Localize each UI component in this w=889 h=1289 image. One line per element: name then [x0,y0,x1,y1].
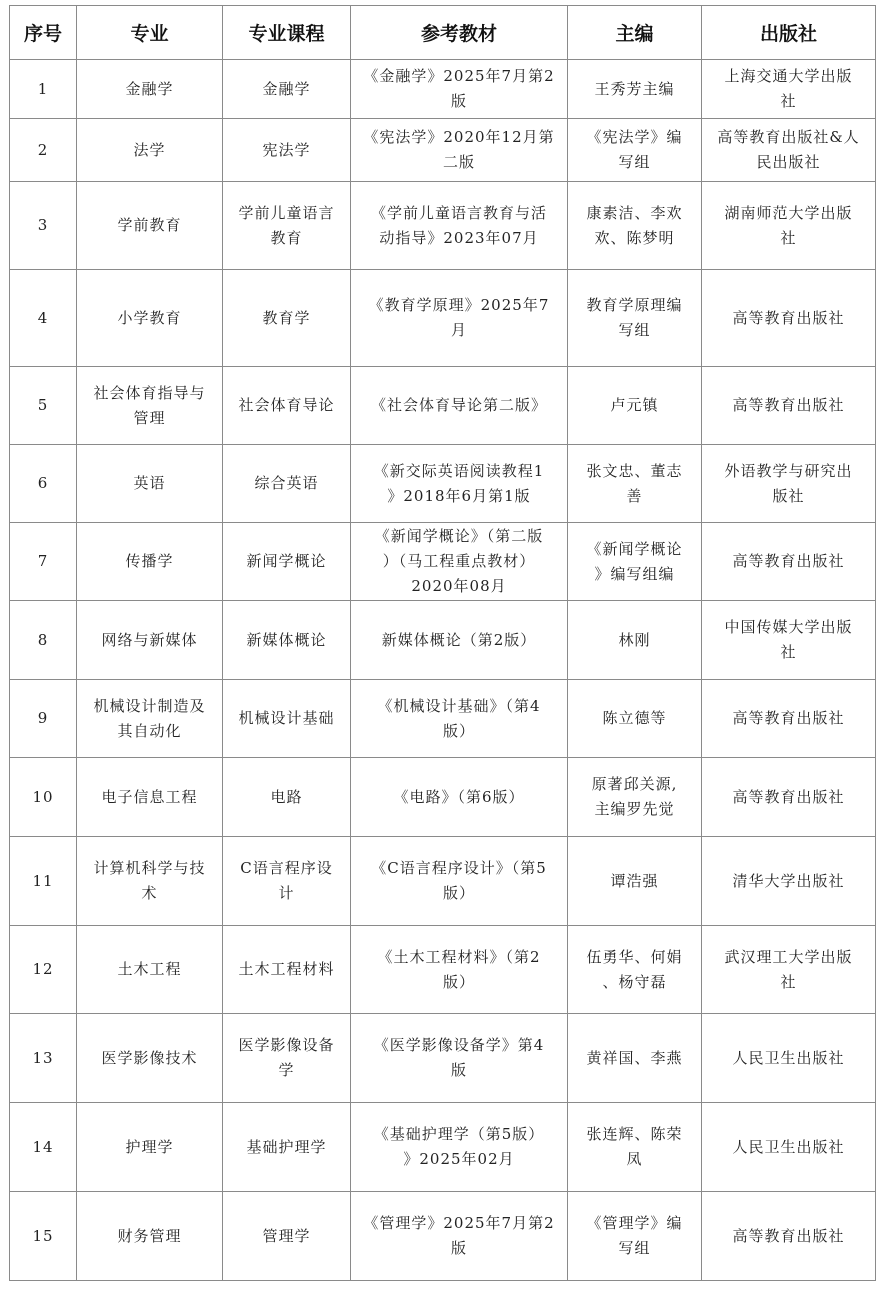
cell-editor: 《宪法学》编写组 [568,119,702,182]
publisher-line: 上海交通大学出版 [704,64,873,89]
cell-course: 电路 [223,758,351,837]
cell-textbook: 《C语言程序设计》（第5版） [351,837,568,926]
course-line: 学前儿童语言 [225,201,348,226]
textbook-line: 新媒体概论（第2版） [353,628,565,653]
course-line: 基础护理学 [225,1135,348,1160]
cell-editor: 原著邱关源,主编罗先觉 [568,758,702,837]
cell-publisher: 高等教育出版社 [702,523,876,601]
cell-serial-no: 6 [10,445,77,523]
cell-course: 新媒体概论 [223,601,351,680]
editor-line: 欢、陈梦明 [570,226,699,251]
publisher-line: 高等教育出版社 [704,1224,873,1249]
editor-line: 原著邱关源, [570,772,699,797]
cell-serial-no: 1 [10,60,77,119]
course-line: 新媒体概论 [225,628,348,653]
publisher-line: 外语教学与研究出 [704,459,873,484]
table-row: 5社会体育指导与管理社会体育导论《社会体育导论第二版》卢元镇高等教育出版社 [10,367,876,445]
editor-line: 谭浩强 [570,869,699,894]
cell-publisher: 中国传媒大学出版社 [702,601,876,680]
course-line: 土木工程材料 [225,957,348,982]
major-line: 术 [79,881,220,906]
textbook-line: 月 [353,318,565,343]
editor-line: 王秀芳主编 [570,77,699,102]
cell-publisher: 高等教育出版社 [702,270,876,367]
header-textbook: 参考教材 [351,6,568,60]
cell-major: 网络与新媒体 [77,601,223,680]
course-line: 学 [225,1058,348,1083]
cell-course: 基础护理学 [223,1103,351,1192]
cell-editor: 陈立德等 [568,680,702,758]
cell-course: 学前儿童语言教育 [223,182,351,270]
cell-publisher: 人民卫生出版社 [702,1014,876,1103]
cell-serial-no: 11 [10,837,77,926]
publisher-line: 高等教育出版社 [704,393,873,418]
cell-publisher: 清华大学出版社 [702,837,876,926]
textbook-line: 2020年08月 [353,574,565,599]
textbook-line: 《宪法学》2020年12月第 [353,125,565,150]
editor-line: 伍勇华、何娟 [570,945,699,970]
course-line: 教育 [225,226,348,251]
publisher-line: 人民卫生出版社 [704,1046,873,1071]
cell-editor: 林刚 [568,601,702,680]
cell-publisher: 高等教育出版社 [702,680,876,758]
textbook-line: 版） [353,881,565,906]
editor-line: 凤 [570,1147,699,1172]
cell-serial-no: 7 [10,523,77,601]
editor-line: 、杨守磊 [570,970,699,995]
major-line: 网络与新媒体 [79,628,220,653]
table-row: 15财务管理管理学《管理学》2025年7月第2版《管理学》编写组高等教育出版社 [10,1192,876,1281]
cell-publisher: 武汉理工大学出版社 [702,926,876,1014]
editor-line: 卢元镇 [570,393,699,418]
cell-editor: 谭浩强 [568,837,702,926]
major-line: 传播学 [79,549,220,574]
table-row: 10电子信息工程电路《电路》（第6版）原著邱关源,主编罗先觉高等教育出版社 [10,758,876,837]
textbook-line: 《新闻学概论》（第二版 [353,524,565,549]
cell-course: 综合英语 [223,445,351,523]
editor-line: 张连辉、陈荣 [570,1122,699,1147]
editor-line: 《管理学》编 [570,1211,699,1236]
cell-editor: 王秀芳主编 [568,60,702,119]
cell-textbook: 《教育学原理》2025年7月 [351,270,568,367]
major-line: 其自动化 [79,719,220,744]
publisher-line: 人民卫生出版社 [704,1135,873,1160]
cell-course: 宪法学 [223,119,351,182]
cell-course: 管理学 [223,1192,351,1281]
course-line: 金融学 [225,77,348,102]
course-line: 机械设计基础 [225,706,348,731]
cell-textbook: 《宪法学》2020年12月第二版 [351,119,568,182]
editor-line: 善 [570,484,699,509]
publisher-line: 民出版社 [704,150,873,175]
table-body: 1金融学金融学《金融学》2025年7月第2版王秀芳主编上海交通大学出版社2法学宪… [10,60,876,1281]
cell-textbook: 《管理学》2025年7月第2版 [351,1192,568,1281]
editor-line: 陈立德等 [570,706,699,731]
cell-publisher: 高等教育出版社 [702,758,876,837]
header-editor: 主编 [568,6,702,60]
cell-publisher: 外语教学与研究出版社 [702,445,876,523]
textbook-line: 版 [353,1236,565,1261]
publisher-line: 中国传媒大学出版 [704,615,873,640]
cell-major: 英语 [77,445,223,523]
textbook-line: 《机械设计基础》（第4 [353,694,565,719]
textbook-line: 《基础护理学（第5版） [353,1122,565,1147]
cell-editor: 张连辉、陈荣凤 [568,1103,702,1192]
cell-course: 金融学 [223,60,351,119]
major-line: 社会体育指导与 [79,381,220,406]
textbook-line: 二版 [353,150,565,175]
cell-serial-no: 13 [10,1014,77,1103]
course-line: 综合英语 [225,471,348,496]
textbook-line: 《电路》（第6版） [353,785,565,810]
course-line: 医学影像设备 [225,1033,348,1058]
cell-serial-no: 4 [10,270,77,367]
editor-line: 林刚 [570,628,699,653]
publisher-line: 高等教育出版社 [704,306,873,331]
course-line: C语言程序设 [225,856,348,881]
textbook-line: 《土木工程材料》（第2 [353,945,565,970]
cell-publisher: 高等教育出版社&人民出版社 [702,119,876,182]
cell-editor: 张文忠、董志善 [568,445,702,523]
header-serial-no: 序号 [10,6,77,60]
cell-textbook: 《金融学》2025年7月第2版 [351,60,568,119]
cell-course: 机械设计基础 [223,680,351,758]
cell-major: 社会体育指导与管理 [77,367,223,445]
editor-line: 康素洁、李欢 [570,201,699,226]
table-row: 9机械设计制造及其自动化机械设计基础《机械设计基础》（第4版）陈立德等高等教育出… [10,680,876,758]
publisher-line: 武汉理工大学出版 [704,945,873,970]
major-line: 医学影像技术 [79,1046,220,1071]
cell-serial-no: 12 [10,926,77,1014]
textbook-line: 《医学影像设备学》第4 [353,1033,565,1058]
major-line: 英语 [79,471,220,496]
cell-editor: 教育学原理编写组 [568,270,702,367]
editor-line: 写组 [570,1236,699,1261]
header-course: 专业课程 [223,6,351,60]
course-line: 教育学 [225,306,348,331]
cell-editor: 《新闻学概论》编写组编 [568,523,702,601]
cell-major: 传播学 [77,523,223,601]
major-line: 电子信息工程 [79,785,220,810]
table-row: 2法学宪法学《宪法学》2020年12月第二版《宪法学》编写组高等教育出版社&人民… [10,119,876,182]
publisher-line: 版社 [704,484,873,509]
cell-major: 小学教育 [77,270,223,367]
editor-line: 教育学原理编 [570,293,699,318]
editor-line: 写组 [570,150,699,175]
major-line: 护理学 [79,1135,220,1160]
cell-editor: 《管理学》编写组 [568,1192,702,1281]
cell-editor: 康素洁、李欢欢、陈梦明 [568,182,702,270]
textbook-line: 《社会体育导论第二版》 [353,393,565,418]
cell-textbook: 《医学影像设备学》第4版 [351,1014,568,1103]
cell-serial-no: 14 [10,1103,77,1192]
cell-course: 新闻学概论 [223,523,351,601]
textbook-line: 《管理学》2025年7月第2 [353,1211,565,1236]
textbook-line: 《新交际英语阅读教程1 [353,459,565,484]
major-line: 法学 [79,138,220,163]
table-row: 7传播学新闻学概论《新闻学概论》（第二版）（马工程重点教材）2020年08月《新… [10,523,876,601]
textbook-line: 版 [353,1058,565,1083]
cell-editor: 伍勇华、何娟、杨守磊 [568,926,702,1014]
header-row: 序号 专业 专业课程 参考教材 主编 出版社 [10,6,876,60]
textbook-line: 》2025年02月 [353,1147,565,1172]
cell-textbook: 《机械设计基础》（第4版） [351,680,568,758]
cell-editor: 卢元镇 [568,367,702,445]
cell-serial-no: 15 [10,1192,77,1281]
cell-textbook: 《新交际英语阅读教程1》2018年6月第1版 [351,445,568,523]
textbook-line: 版） [353,970,565,995]
cell-textbook: 《电路》（第6版） [351,758,568,837]
course-line: 宪法学 [225,138,348,163]
cell-major: 机械设计制造及其自动化 [77,680,223,758]
cell-textbook: 《土木工程材料》（第2版） [351,926,568,1014]
cell-course: C语言程序设计 [223,837,351,926]
table-row: 13医学影像技术医学影像设备学《医学影像设备学》第4版黄祥国、李燕人民卫生出版社 [10,1014,876,1103]
cell-textbook: 新媒体概论（第2版） [351,601,568,680]
table-row: 1金融学金融学《金融学》2025年7月第2版王秀芳主编上海交通大学出版社 [10,60,876,119]
publisher-line: 高等教育出版社&人 [704,125,873,150]
course-line: 计 [225,881,348,906]
course-line: 新闻学概论 [225,549,348,574]
cell-course: 教育学 [223,270,351,367]
cell-course: 社会体育导论 [223,367,351,445]
cell-course: 医学影像设备学 [223,1014,351,1103]
cell-textbook: 《学前儿童语言教育与活动指导》2023年07月 [351,182,568,270]
textbook-line: 》2018年6月第1版 [353,484,565,509]
cell-publisher: 湖南师范大学出版社 [702,182,876,270]
editor-line: 写组 [570,318,699,343]
table-row: 12土木工程土木工程材料《土木工程材料》（第2版）伍勇华、何娟、杨守磊武汉理工大… [10,926,876,1014]
table-row: 6英语综合英语《新交际英语阅读教程1》2018年6月第1版张文忠、董志善外语教学… [10,445,876,523]
cell-publisher: 高等教育出版社 [702,1192,876,1281]
cell-serial-no: 10 [10,758,77,837]
editor-line: 《新闻学概论 [570,537,699,562]
cell-major: 学前教育 [77,182,223,270]
cell-publisher: 上海交通大学出版社 [702,60,876,119]
textbook-line: ）（马工程重点教材） [353,549,565,574]
textbook-line: 版） [353,719,565,744]
publisher-line: 高等教育出版社 [704,549,873,574]
table-row: 14护理学基础护理学《基础护理学（第5版）》2025年02月张连辉、陈荣凤人民卫… [10,1103,876,1192]
publisher-line: 社 [704,970,873,995]
cell-textbook: 《基础护理学（第5版）》2025年02月 [351,1103,568,1192]
cell-major: 金融学 [77,60,223,119]
publisher-line: 社 [704,89,873,114]
cell-textbook: 《新闻学概论》（第二版）（马工程重点教材）2020年08月 [351,523,568,601]
textbook-line: 《金融学》2025年7月第2 [353,64,565,89]
textbook-table: 序号 专业 专业课程 参考教材 主编 出版社 1金融学金融学《金融学》2025年… [9,5,876,1281]
cell-course: 土木工程材料 [223,926,351,1014]
cell-textbook: 《社会体育导论第二版》 [351,367,568,445]
cell-major: 土木工程 [77,926,223,1014]
textbook-line: 《学前儿童语言教育与活 [353,201,565,226]
textbook-line: 版 [353,89,565,114]
major-line: 金融学 [79,77,220,102]
course-line: 电路 [225,785,348,810]
cell-major: 医学影像技术 [77,1014,223,1103]
cell-serial-no: 9 [10,680,77,758]
cell-major: 护理学 [77,1103,223,1192]
textbook-line: 动指导》2023年07月 [353,226,565,251]
cell-serial-no: 2 [10,119,77,182]
publisher-line: 高等教育出版社 [704,706,873,731]
cell-major: 法学 [77,119,223,182]
cell-serial-no: 8 [10,601,77,680]
publisher-line: 高等教育出版社 [704,785,873,810]
cell-major: 电子信息工程 [77,758,223,837]
table-row: 8网络与新媒体新媒体概论新媒体概论（第2版）林刚中国传媒大学出版社 [10,601,876,680]
editor-line: 》编写组编 [570,562,699,587]
table-row: 11计算机科学与技术C语言程序设计《C语言程序设计》（第5版）谭浩强清华大学出版… [10,837,876,926]
editor-line: 主编罗先觉 [570,797,699,822]
major-line: 机械设计制造及 [79,694,220,719]
header-major: 专业 [77,6,223,60]
editor-line: 张文忠、董志 [570,459,699,484]
header-publisher: 出版社 [702,6,876,60]
major-line: 财务管理 [79,1224,220,1249]
cell-publisher: 高等教育出版社 [702,367,876,445]
cell-major: 计算机科学与技术 [77,837,223,926]
major-line: 学前教育 [79,213,220,238]
textbook-line: 《C语言程序设计》（第5 [353,856,565,881]
cell-editor: 黄祥国、李燕 [568,1014,702,1103]
editor-line: 黄祥国、李燕 [570,1046,699,1071]
course-line: 社会体育导论 [225,393,348,418]
major-line: 管理 [79,406,220,431]
table-row: 3学前教育学前儿童语言教育《学前儿童语言教育与活动指导》2023年07月康素洁、… [10,182,876,270]
major-line: 土木工程 [79,957,220,982]
publisher-line: 社 [704,640,873,665]
major-line: 小学教育 [79,306,220,331]
publisher-line: 清华大学出版社 [704,869,873,894]
editor-line: 《宪法学》编 [570,125,699,150]
cell-publisher: 人民卫生出版社 [702,1103,876,1192]
publisher-line: 湖南师范大学出版 [704,201,873,226]
cell-major: 财务管理 [77,1192,223,1281]
table-row: 4小学教育教育学《教育学原理》2025年7月教育学原理编写组高等教育出版社 [10,270,876,367]
textbook-line: 《教育学原理》2025年7 [353,293,565,318]
cell-serial-no: 5 [10,367,77,445]
publisher-line: 社 [704,226,873,251]
cell-serial-no: 3 [10,182,77,270]
major-line: 计算机科学与技 [79,856,220,881]
course-line: 管理学 [225,1224,348,1249]
